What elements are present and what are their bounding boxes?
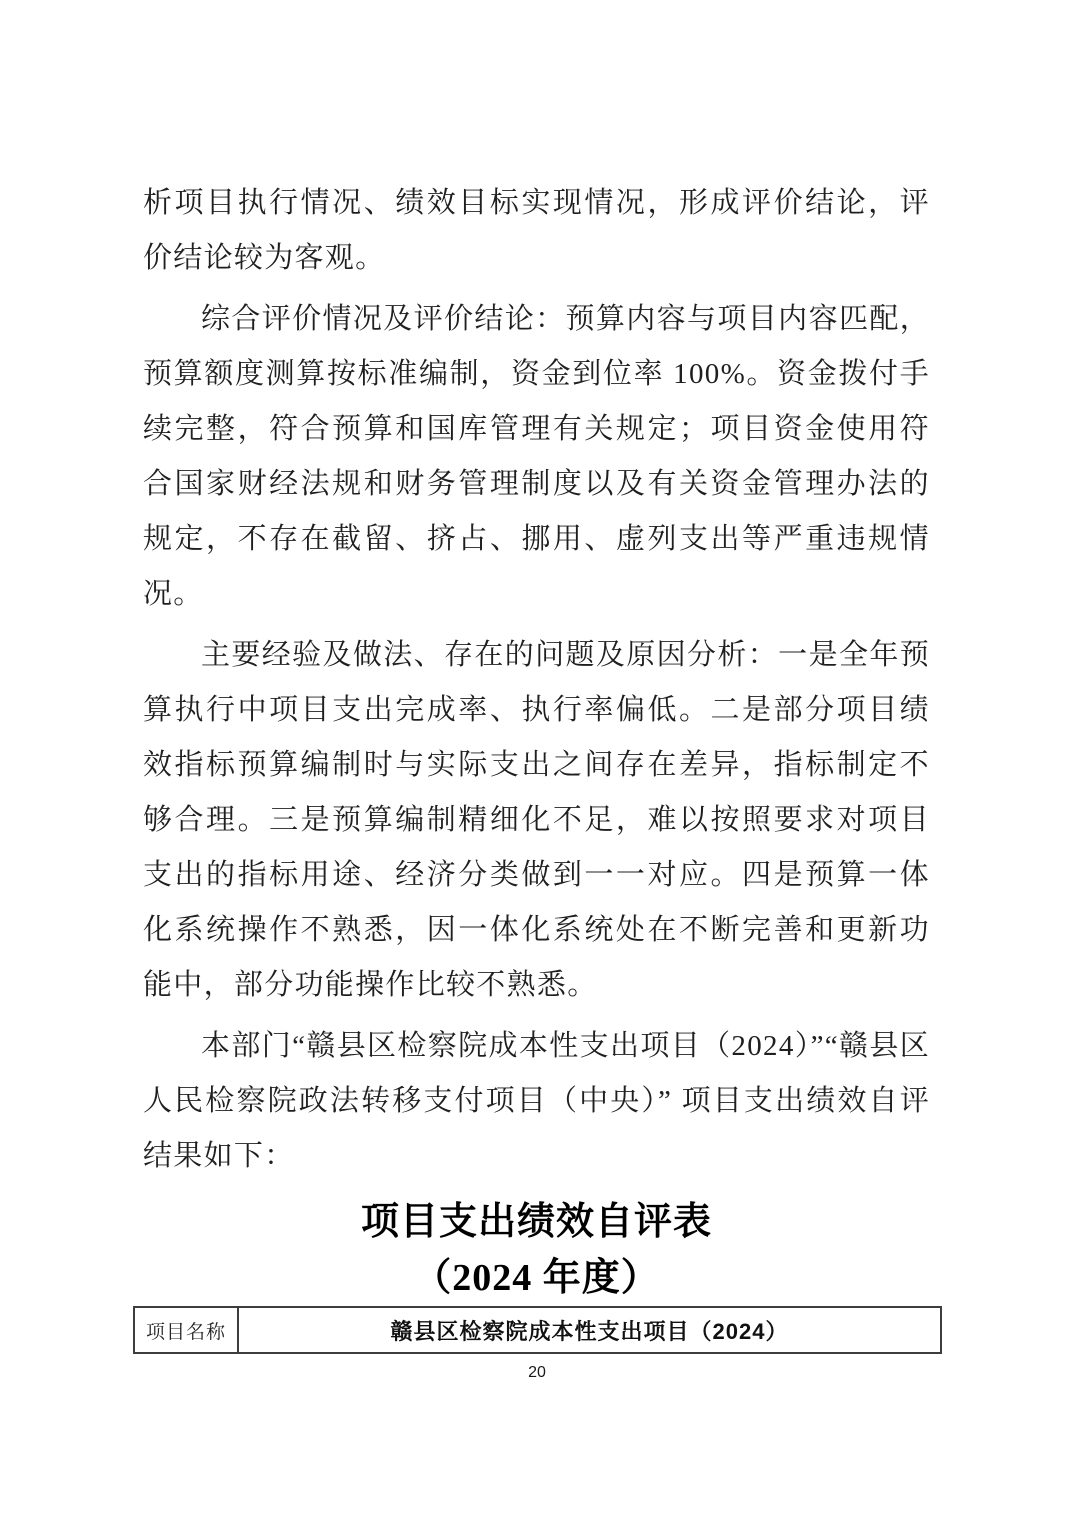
body-paragraph: 本部门“赣县区检察院成本性支出项目（2024）”“赣县区人民检察院政法转移支付项… (143, 1019, 930, 1184)
self-evaluation-table-title: 项目支出绩效自评表 (143, 1194, 930, 1250)
self-evaluation-table-subtitle: （2024 年度） (143, 1250, 930, 1306)
body-paragraph: 析项目执行情况、绩效目标实现情况，形成评价结论，评价结论较为客观。 (143, 176, 930, 286)
document-body: 析项目执行情况、绩效目标实现情况，形成评价结论，评价结论较为客观。 综合评价情况… (143, 176, 930, 1354)
page-number: 20 (0, 1364, 1074, 1382)
project-name-value: 赣县区检察院成本性支出项目（2024） (238, 1307, 941, 1353)
self-evaluation-table: 项目名称 赣县区检察院成本性支出项目（2024） (133, 1306, 942, 1354)
body-paragraph: 综合评价情况及评价结论：预算内容与项目内容匹配，预算额度测算按标准编制，资金到位… (143, 292, 930, 622)
document-page: 析项目执行情况、绩效目标实现情况，形成评价结论，评价结论较为客观。 综合评价情况… (0, 0, 1074, 1520)
body-paragraph: 主要经验及做法、存在的问题及原因分析：一是全年预算执行中项目支出完成率、执行率偏… (143, 628, 930, 1013)
table-row: 项目名称 赣县区检察院成本性支出项目（2024） (134, 1307, 941, 1353)
project-name-label: 项目名称 (134, 1307, 238, 1353)
